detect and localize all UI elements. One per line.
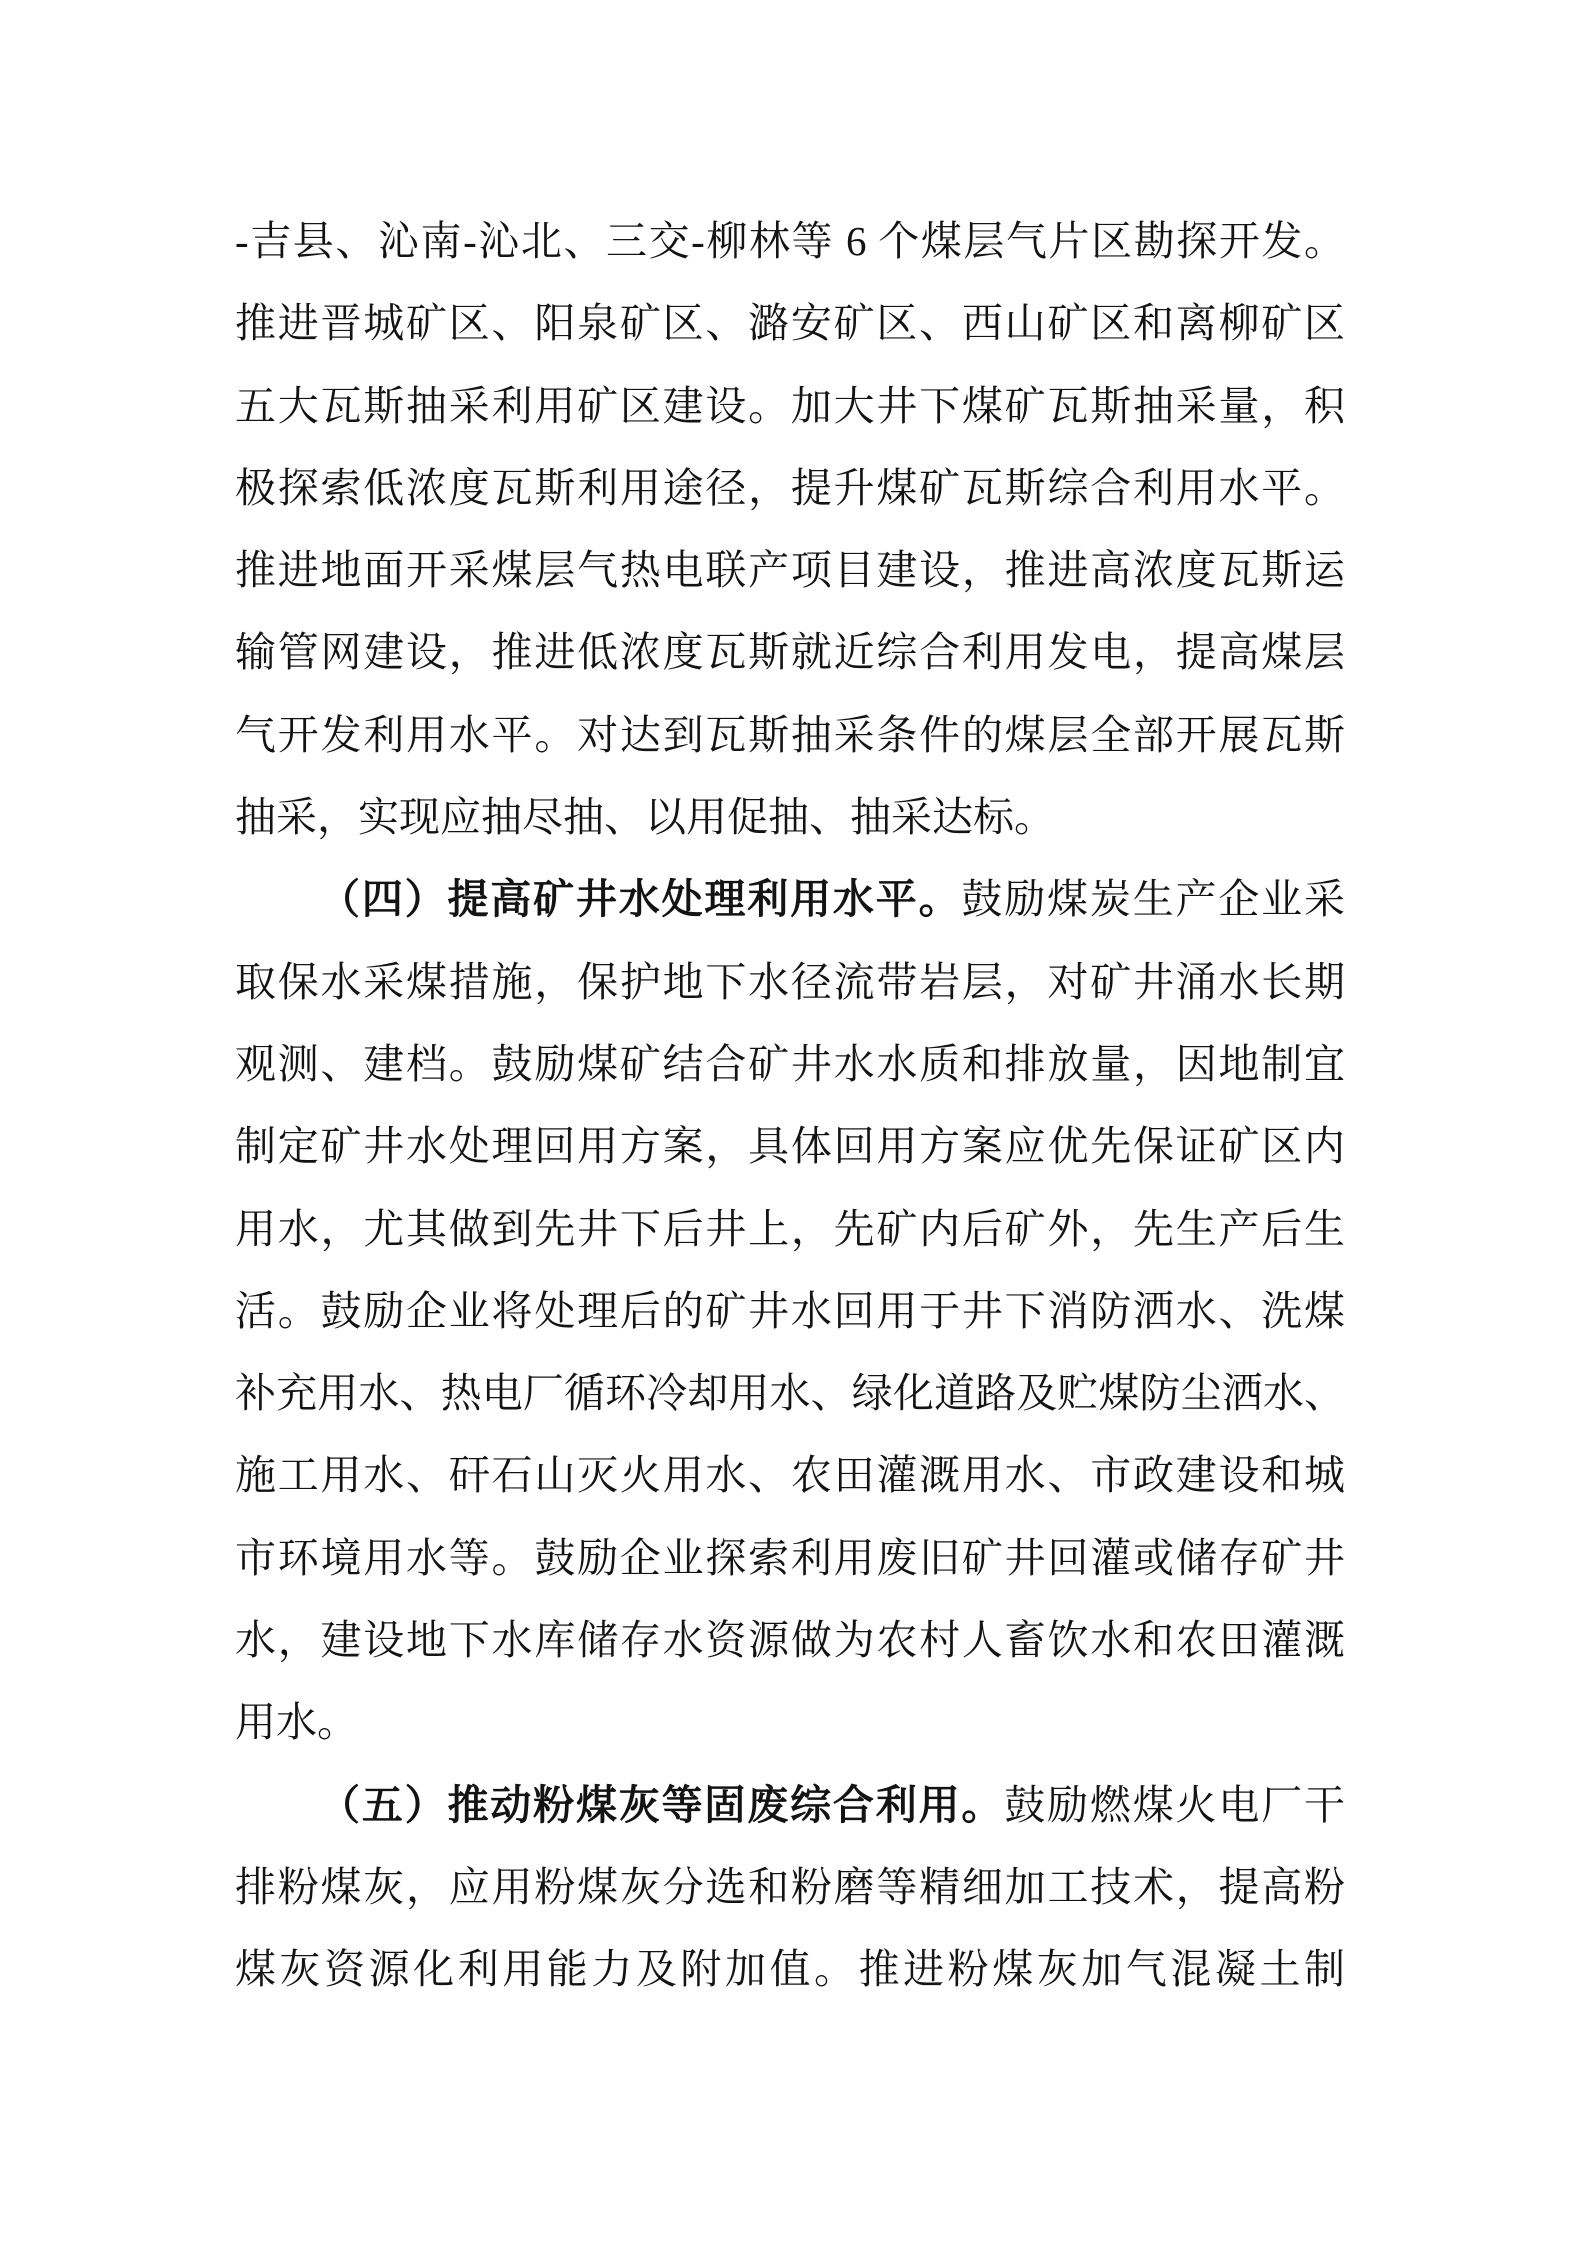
text-line: 用水，尤其做到先井下后井上，先矿内后矿外，先生产后生 [235, 1188, 1345, 1270]
body-text: 鼓励燃煤火电厂干 [1004, 1782, 1345, 1828]
body-text: 施工用水、矸石山灭火用水、农田灌溉用水、市政建设和城 [235, 1452, 1345, 1498]
body-text: 市环境用水等。鼓励企业探索利用废旧矿井回灌或储存矿井 [235, 1535, 1345, 1581]
body-text: 五大瓦斯抽采利用矿区建设。加大井下煤矿瓦斯抽采量，积 [235, 383, 1345, 429]
text-line: 抽采，实现应抽尽抽、以用促抽、抽采达标。 [235, 776, 1345, 858]
text-line: 用水。 [235, 1681, 1345, 1763]
text-line: 施工用水、矸石山灭火用水、农田灌溉用水、市政建设和城 [235, 1434, 1345, 1516]
body-text: 推进地面开采煤层气热电联产项目建设，推进高浓度瓦斯运 [235, 547, 1345, 593]
body-text: 推进晋城矿区、阳泉矿区、潞安矿区、西山矿区和离柳矿区 [235, 300, 1345, 346]
text-line: 煤灰资源化利用能力及附加值。推进粉煤灰加气混凝土制 [235, 1928, 1345, 2010]
body-text: 气开发利用水平。对达到瓦斯抽采条件的煤层全部开展瓦斯 [235, 712, 1345, 758]
text-line: 市环境用水等。鼓励企业探索利用废旧矿井回灌或储存矿井 [235, 1517, 1345, 1599]
body-text: 补充用水、热电厂循环冷却用水、绿化道路及贮煤防尘洒水、 [235, 1370, 1345, 1416]
text-line: -吉县、沁南-沁北、三交-柳林等 6 个煤层气片区勘探开发。 [235, 200, 1345, 282]
text-line: 水，建设地下水库储存水资源做为农村人畜饮水和农田灌溉 [235, 1599, 1345, 1681]
body-text: 取保水采煤措施，保护地下水径流带岩层，对矿井涌水长期 [235, 959, 1345, 1005]
text-line: 推进地面开采煤层气热电联产项目建设，推进高浓度瓦斯运 [235, 529, 1345, 611]
body-text: 排粉煤灰，应用粉煤灰分选和粉磨等精细加工技术，提高粉 [235, 1864, 1345, 1910]
body-text: 活。鼓励企业将处理后的矿井水回用于井下消防洒水、洗煤 [235, 1288, 1345, 1334]
text-line: （四）提高矿井水处理利用水平。鼓励煤炭生产企业采 [235, 858, 1345, 940]
body-text: 水，建设地下水库储存水资源做为农村人畜饮水和农田灌溉 [235, 1617, 1345, 1663]
text-line: 活。鼓励企业将处理后的矿井水回用于井下消防洒水、洗煤 [235, 1270, 1345, 1352]
text-line: 取保水采煤措施，保护地下水径流带岩层，对矿井涌水长期 [235, 941, 1345, 1023]
text-body: -吉县、沁南-沁北、三交-柳林等 6 个煤层气片区勘探开发。推进晋城矿区、阳泉矿… [235, 200, 1345, 2011]
body-text: 输管网建设，推进低浓度瓦斯就近综合利用发电，提高煤层 [235, 629, 1345, 675]
text-line: 输管网建设，推进低浓度瓦斯就近综合利用发电，提高煤层 [235, 611, 1345, 693]
section-heading: （五）推动粉煤灰等固废综合利用。 [319, 1782, 1004, 1828]
body-text: 极探索低浓度瓦斯利用途径，提升煤矿瓦斯综合利用水平。 [235, 465, 1345, 511]
body-text: 抽采，实现应抽尽抽、以用促抽、抽采达标。 [235, 794, 1055, 840]
text-line: 补充用水、热电厂循环冷却用水、绿化道路及贮煤防尘洒水、 [235, 1352, 1345, 1434]
body-text: 制定矿井水处理回用方案，具体回用方案应优先保证矿区内 [235, 1123, 1345, 1169]
body-text: -吉县、沁南-沁北、三交-柳林等 6 个煤层气片区勘探开发。 [235, 218, 1345, 264]
text-line: 观测、建档。鼓励煤矿结合矿井水水质和排放量，因地制宜 [235, 1023, 1345, 1105]
section-heading: （四）提高矿井水处理利用水平。 [319, 876, 961, 922]
body-text: 鼓励煤炭生产企业采 [961, 876, 1345, 922]
text-line: 极探索低浓度瓦斯利用途径，提升煤矿瓦斯综合利用水平。 [235, 447, 1345, 529]
text-line: 气开发利用水平。对达到瓦斯抽采条件的煤层全部开展瓦斯 [235, 694, 1345, 776]
body-text: 观测、建档。鼓励煤矿结合矿井水水质和排放量，因地制宜 [235, 1041, 1345, 1087]
text-line: 推进晋城矿区、阳泉矿区、潞安矿区、西山矿区和离柳矿区 [235, 282, 1345, 364]
body-text: 用水，尤其做到先井下后井上，先矿内后矿外，先生产后生 [235, 1206, 1345, 1252]
text-line: 五大瓦斯抽采利用矿区建设。加大井下煤矿瓦斯抽采量，积 [235, 365, 1345, 447]
document-page: -吉县、沁南-沁北、三交-柳林等 6 个煤层气片区勘探开发。推进晋城矿区、阳泉矿… [0, 0, 1587, 2245]
text-line: （五）推动粉煤灰等固废综合利用。鼓励燃煤火电厂干 [235, 1764, 1345, 1846]
body-text: 用水。 [235, 1699, 358, 1745]
text-line: 制定矿井水处理回用方案，具体回用方案应优先保证矿区内 [235, 1105, 1345, 1187]
body-text: 煤灰资源化利用能力及附加值。推进粉煤灰加气混凝土制 [235, 1946, 1345, 1992]
text-line: 排粉煤灰，应用粉煤灰分选和粉磨等精细加工技术，提高粉 [235, 1846, 1345, 1928]
